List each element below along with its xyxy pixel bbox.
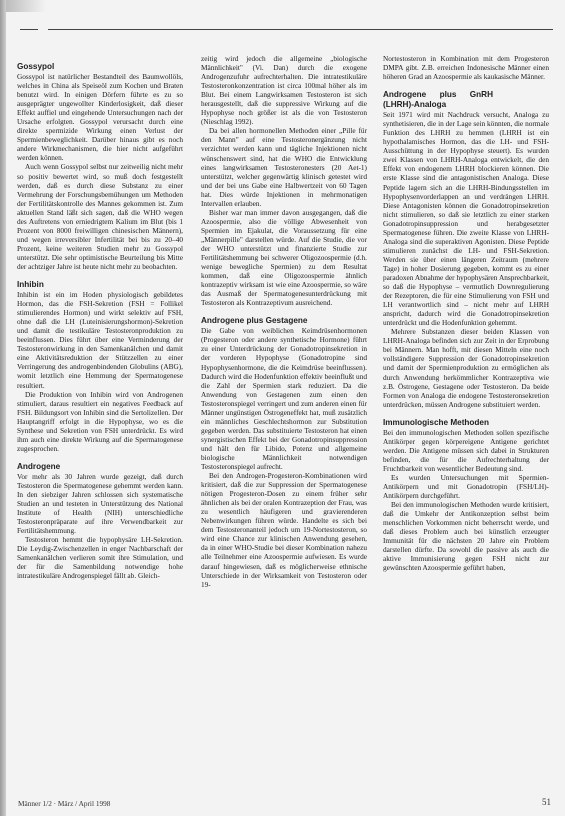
section-gnrh-analoga: Androgene plus GnRH (LHRH)-Analoga Seit … — [383, 90, 549, 409]
header-rule — [48, 29, 553, 30]
section-continuation: zeitig wird jedoch die allgemeine „biolo… — [201, 54, 367, 307]
section-heading: Inhibin — [17, 280, 183, 290]
section-heading: Androgene plus GnRH (LHRH)-Analoga — [383, 90, 493, 110]
paragraph: Bei den immunologischen Methoden sollen … — [383, 428, 549, 473]
section-immunologische-methoden: Immunologische Methoden Bei den immunolo… — [383, 418, 549, 573]
text-column-2: zeitig wird jedoch die allgemeine „biolo… — [201, 54, 367, 598]
paragraph: Bei den Androgen-Progesteron-Kombination… — [201, 471, 367, 589]
paragraph: Bisher war man immer davon ausgegangen, … — [201, 208, 367, 308]
page-footer: Männer 1/2 · März / April 1998 — [18, 799, 110, 808]
paragraph: Testosteron hemmt die hypophysäre LH-Sek… — [17, 535, 183, 580]
page-number: 51 — [542, 797, 551, 807]
text-column-1: Gossypol Gossypol ist natürlicher Bestan… — [17, 62, 183, 589]
paragraph: Die Gabe von weiblichen Keimdrüsenhormon… — [201, 326, 367, 471]
paragraph: Mehrere Substanzen dieser beiden Klassen… — [383, 327, 549, 408]
text-column-3: Nortestosteron in Kombination mit dem Pr… — [383, 54, 549, 581]
section-continuation: Nortestosteron in Kombination mit dem Pr… — [383, 54, 549, 81]
scan-smudge — [6, 0, 46, 12]
section-heading: Androgene — [17, 462, 183, 472]
paragraph: Die Produktion von Inhibin wird von Andr… — [17, 390, 183, 453]
paragraph: Seit 1971 wird mit Nachdruck versucht, A… — [383, 110, 549, 327]
section-heading: Immunologische Methoden — [383, 418, 549, 428]
section-heading: Androgene plus Gestagene — [201, 316, 367, 326]
paragraph: Auch wenn Gossypol selbst nur zeitweilig… — [17, 162, 183, 271]
paragraph: Bei den immunologischen Methoden wurde k… — [383, 500, 549, 572]
section-androgene: Androgene Vor mehr als 30 Jahren wurde g… — [17, 462, 183, 581]
paragraph: Nortestosteron in Kombination mit dem Pr… — [383, 54, 549, 81]
scan-edge-shadow — [0, 0, 6, 816]
header-rule-short — [20, 29, 38, 30]
paragraph: Inhibin ist ein im Hoden physiologisch g… — [17, 290, 183, 390]
paragraph: Gossypol ist natürlicher Bestandteil des… — [17, 72, 183, 162]
section-inhibin: Inhibin Inhibin ist ein im Hoden physiol… — [17, 280, 183, 453]
paragraph: Vor mehr als 30 Jahren wurde gezeigt, da… — [17, 472, 183, 535]
section-gossypol: Gossypol Gossypol ist natürlicher Bestan… — [17, 62, 183, 271]
section-heading: Gossypol — [17, 62, 183, 72]
paragraph: zeitig wird jedoch die allgemeine „biolo… — [201, 54, 367, 126]
section-androgene-gestagene: Androgene plus Gestagene Die Gabe von we… — [201, 316, 367, 588]
paragraph: Da bei allen hormonellen Methoden einer … — [201, 126, 367, 207]
paragraph: Es wurden Untersuchungen mit Spermien-An… — [383, 473, 549, 500]
